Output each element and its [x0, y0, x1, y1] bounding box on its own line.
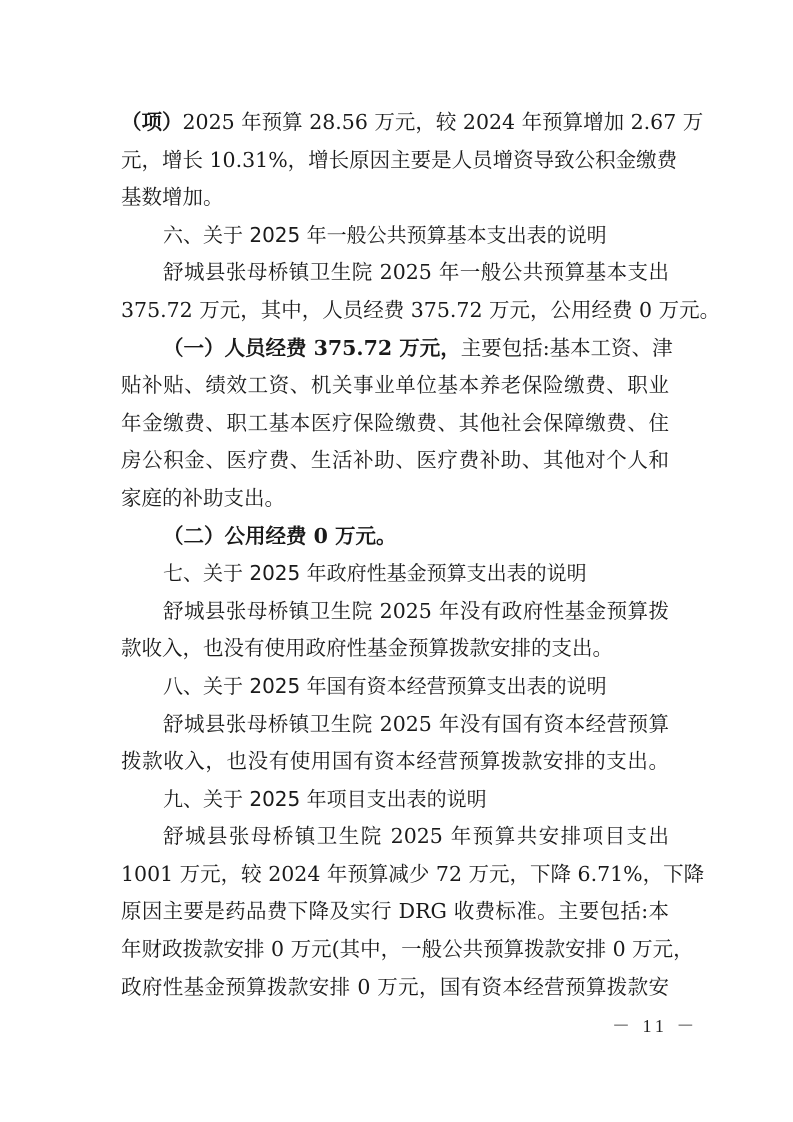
paragraph-line: 家庭的补助支出。 [121, 480, 669, 518]
paragraph-line: 舒城县张母桥镇卫生院 2025 年一般公共预算基本支出 [121, 254, 669, 292]
sub-heading-public-cost: （二）公用经费 0 万元。 [121, 518, 669, 556]
paragraph-line: 款收入，也没有使用政府性基金预算拨款安排的支出。 [121, 630, 669, 668]
section-heading-9: 九、关于 2025 年项目支出表的说明 [121, 781, 669, 819]
section-heading-8: 八、关于 2025 年国有资本经营预算支出表的说明 [121, 668, 669, 706]
paragraph-line: 舒城县张母桥镇卫生院 2025 年没有政府性基金预算拨 [121, 593, 669, 631]
paragraph-line: 房公积金、医疗费、生活补助、医疗费补助、其他对个人和 [121, 442, 669, 480]
document-page: （项）2025 年预算 28.56 万元，较 2024 年预算增加 2.67 万… [121, 104, 669, 1006]
section-heading-6: 六、关于 2025 年一般公共预算基本支出表的说明 [121, 217, 669, 255]
paragraph-line: 基数增加。 [121, 179, 669, 217]
page-number: － 11 － [612, 1012, 698, 1038]
paragraph-line: （项）2025 年预算 28.56 万元，较 2024 年预算增加 2.67 万 [121, 104, 669, 142]
paragraph-line: 拨款收入，也没有使用国有资本经营预算拨款安排的支出。 [121, 743, 669, 781]
sub-heading-personnel-cost: （一）人员经费 375.72 万元， [163, 336, 461, 360]
paragraph-line: 舒城县张母桥镇卫生院 2025 年没有国有资本经营预算 [121, 706, 669, 744]
section-heading-7: 七、关于 2025 年政府性基金预算支出表的说明 [121, 555, 669, 593]
paragraph-line: 政府性基金预算拨款安排 0 万元，国有资本经营预算拨款安 [121, 969, 669, 1007]
paragraph-line: 年财政拨款安排 0 万元(其中，一般公共预算拨款安排 0 万元， [121, 931, 669, 969]
paragraph-line: （一）人员经费 375.72 万元，主要包括:基本工资、津 [121, 330, 669, 368]
item-label: （项） [121, 110, 183, 134]
paragraph-line: 元，增长 10.31%，增长原因主要是人员增资导致公积金缴费 [121, 142, 669, 180]
paragraph-line: 375.72 万元，其中，人员经费 375.72 万元，公用经费 0 万元。 [121, 292, 669, 330]
paragraph-text: 2025 年预算 28.56 万元，较 2024 年预算增加 2.67 万 [183, 110, 704, 134]
paragraph-line: 1001 万元，较 2024 年预算减少 72 万元，下降 6.71%，下降 [121, 856, 669, 894]
paragraph-line: 年金缴费、职工基本医疗保险缴费、其他社会保障缴费、住 [121, 405, 669, 443]
paragraph-line: 贴补贴、绩效工资、机关事业单位基本养老保险缴费、职业 [121, 367, 669, 405]
paragraph-line: 原因主要是药品费下降及实行 DRG 收费标准。主要包括:本 [121, 893, 669, 931]
paragraph-text: 主要包括:基本工资、津 [461, 336, 673, 360]
paragraph-line: 舒城县张母桥镇卫生院 2025 年预算共安排项目支出 [121, 818, 669, 856]
